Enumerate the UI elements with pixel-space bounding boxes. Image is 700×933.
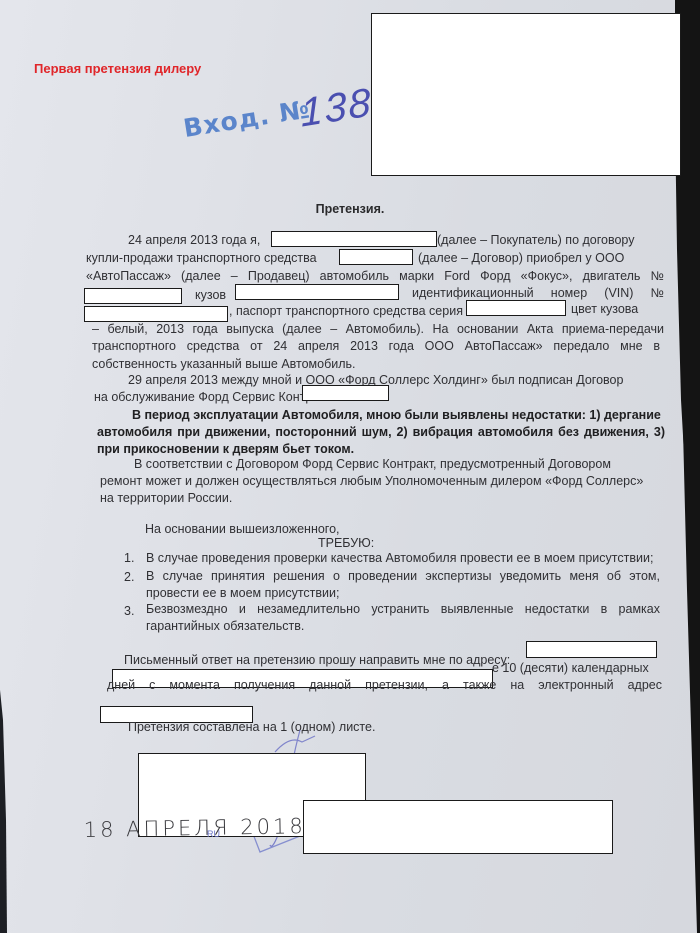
stamp-fragment: RU xyxy=(207,827,220,842)
handwritten-date: 18 АПРЕЛЯ 2018 xyxy=(84,814,306,842)
redaction-signature-right xyxy=(303,800,613,854)
